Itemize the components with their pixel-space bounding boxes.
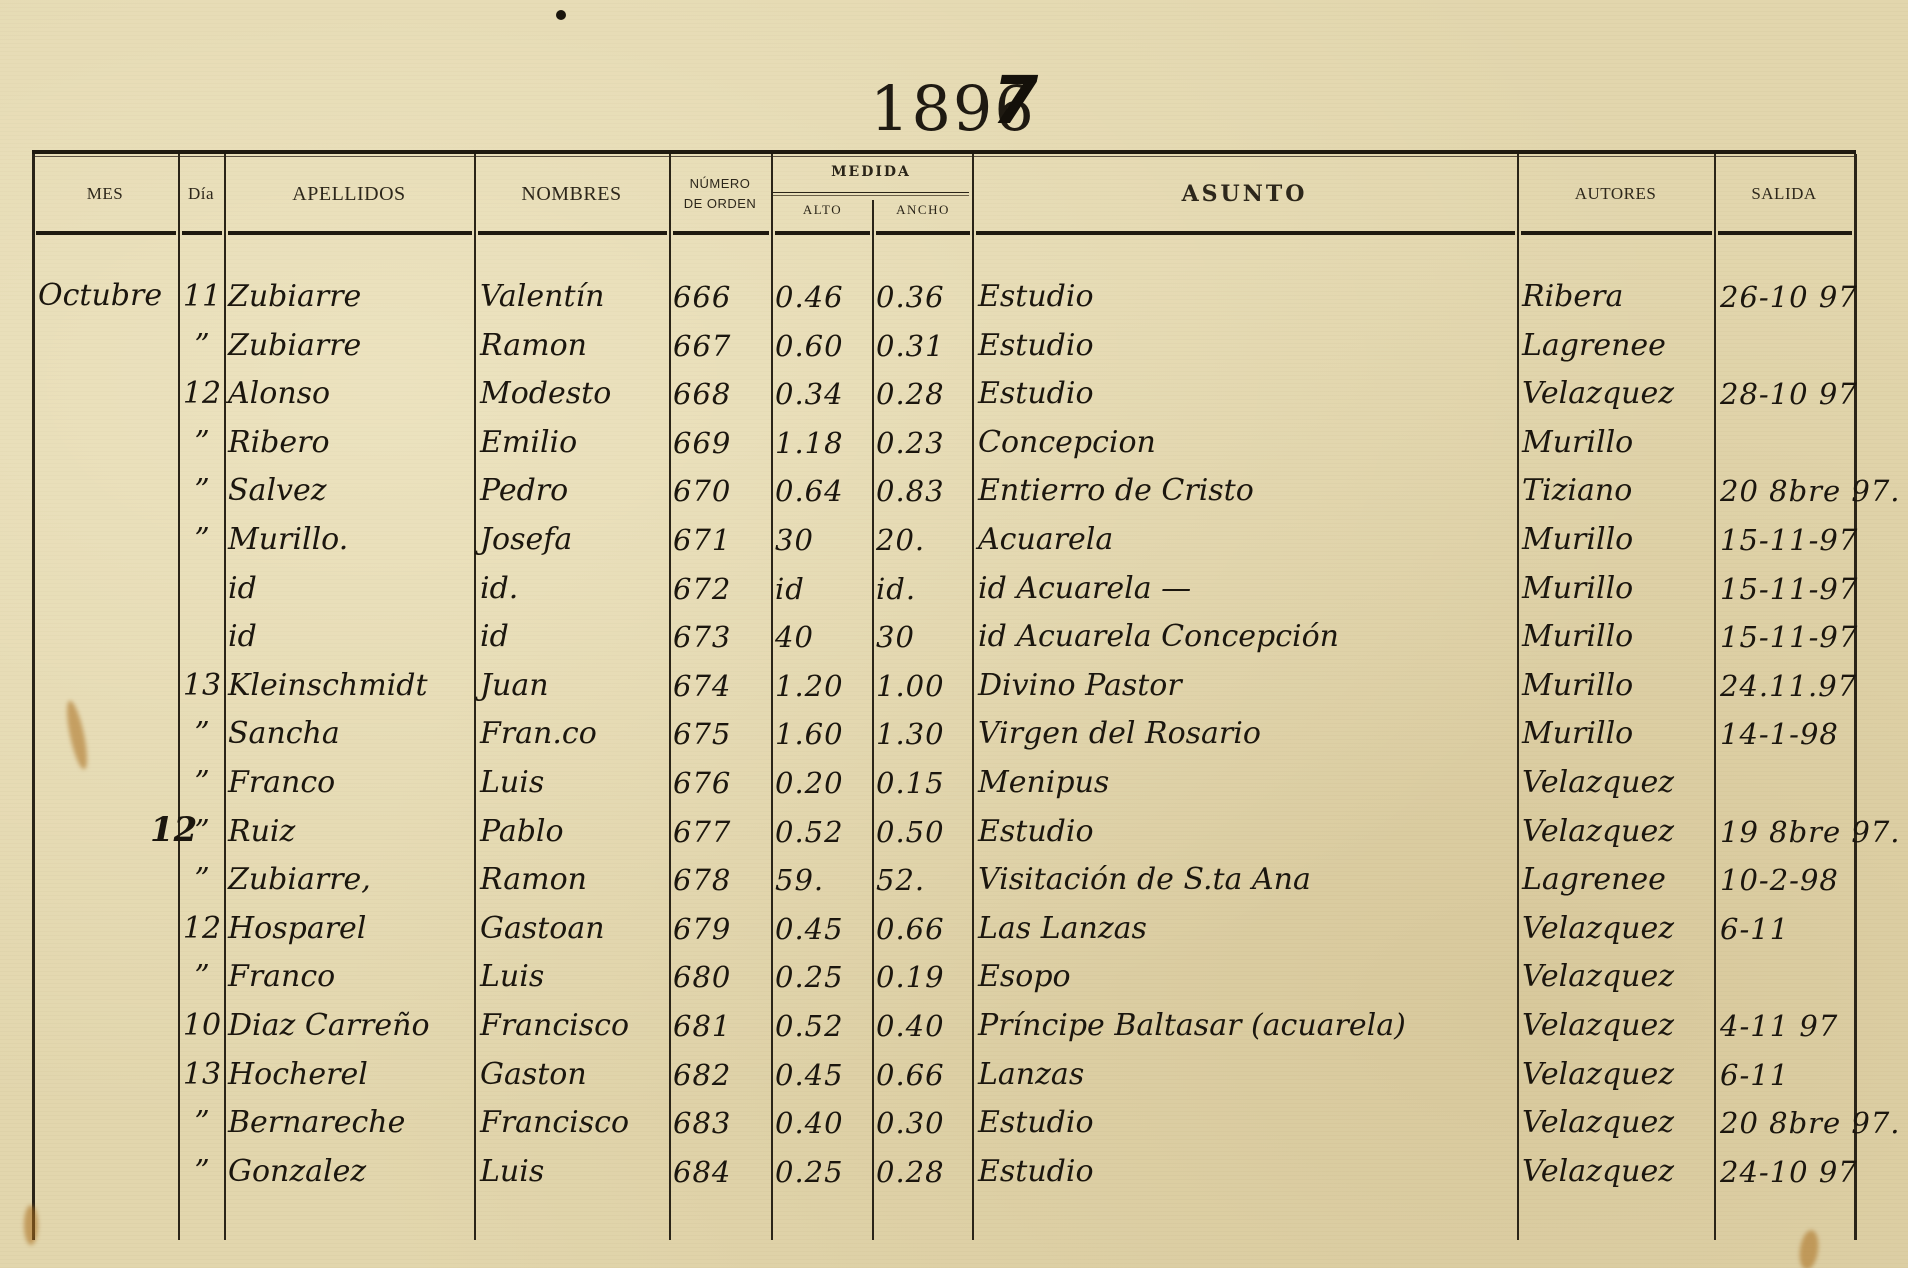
year-correction-overwrite: 7 — [992, 62, 1040, 139]
cell-autores: Velazquez — [1522, 950, 1714, 998]
cell-nombres: Josefa — [480, 513, 669, 561]
cell-autores: Murillo — [1522, 416, 1714, 464]
cell-ancho: 20. — [876, 513, 972, 561]
cell-ancho: 0.40 — [876, 999, 972, 1047]
header-underline-autores — [1521, 231, 1712, 235]
cell-alto: 1.60 — [775, 707, 872, 755]
cell-autores: Murillo — [1522, 659, 1714, 707]
top-rule — [32, 150, 1856, 154]
cell-apellidos: Kleinschmidt — [228, 659, 474, 707]
cell-nombres: Modesto — [480, 367, 669, 415]
cell-salida — [1720, 950, 1854, 998]
ink-stain — [24, 1205, 38, 1245]
cell-autores: Velazquez — [1522, 999, 1714, 1047]
cell-apellidos: Diaz Carreño — [228, 999, 474, 1047]
cell-ancho: 0.66 — [876, 1048, 972, 1096]
cell-autores: Velazquez — [1522, 756, 1714, 804]
cell-dia — [180, 610, 224, 658]
cell-nombres: Fran.co — [480, 707, 669, 755]
cell-alto: 0.25 — [775, 1145, 872, 1193]
cell-apellidos: Ribero — [228, 416, 474, 464]
ledger-table: MES Día APELLIDOS NOMBRES NÚMERO DE ORDE… — [32, 150, 1856, 1240]
cell-alto: 0.20 — [775, 756, 872, 804]
cell-numero: 674 — [673, 659, 771, 707]
cell-salida: 14-1-98 — [1720, 707, 1854, 755]
header-underline-ancho — [876, 231, 970, 235]
table-row: ”SanchaFran.co6751.601.30Virgen del Rosa… — [32, 707, 1856, 755]
header-salida: SALIDA — [1714, 158, 1854, 230]
cell-autores: Velazquez — [1522, 1145, 1714, 1193]
cell-asunto: Virgen del Rosario — [978, 707, 1517, 755]
cell-salida: 4-11 97 — [1720, 999, 1854, 1047]
cell-salida: 15-11-97 — [1720, 562, 1854, 610]
cell-dia: 12 — [180, 367, 224, 415]
cell-apellidos: Alonso — [228, 367, 474, 415]
table-row: ”SalvezPedro6700.640.83Entierro de Crist… — [32, 464, 1856, 512]
year-corrected-digit: 67 — [994, 72, 1035, 145]
cell-numero: 667 — [673, 319, 771, 367]
cell-dia: ” — [180, 1096, 224, 1144]
cell-apellidos: Bernareche — [228, 1096, 474, 1144]
cell-numero: 680 — [673, 950, 771, 998]
cell-ancho: 1.00 — [876, 659, 972, 707]
header-numero-line1: NÚMERO — [690, 174, 751, 194]
cell-apellidos: Zubiarre — [228, 270, 474, 318]
cell-alto: 1.20 — [775, 659, 872, 707]
cell-numero: 670 — [673, 464, 771, 512]
cell-dia: 11 — [180, 270, 224, 318]
cell-salida: 20 8bre 97. — [1720, 464, 1854, 512]
cell-autores: Velazquez — [1522, 902, 1714, 950]
cell-asunto: Divino Pastor — [978, 659, 1517, 707]
cell-autores: Murillo — [1522, 562, 1714, 610]
cell-nombres: Pedro — [480, 464, 669, 512]
cell-alto: 0.60 — [775, 319, 872, 367]
page-year: 18967 — [870, 72, 1036, 145]
cell-alto: 0.45 — [775, 1048, 872, 1096]
cell-dia: 10 — [180, 999, 224, 1047]
table-row: ”ZubiarreRamon6670.600.31EstudioLagrenee — [32, 319, 1856, 367]
cell-salida: 10-2-98 — [1720, 853, 1854, 901]
cell-ancho: 0.23 — [876, 416, 972, 464]
cell-apellidos: Hocherel — [228, 1048, 474, 1096]
ink-dot — [556, 10, 566, 20]
cell-ancho: 0.30 — [876, 1096, 972, 1144]
cell-salida: 24-10 97 — [1720, 1145, 1854, 1193]
cell-nombres: Pablo — [480, 805, 669, 853]
cell-apellidos: Hosparel — [228, 902, 474, 950]
cell-asunto: Visitación de S.ta Ana — [978, 853, 1517, 901]
header-underline-apellidos — [228, 231, 472, 235]
cell-apellidos: Salvez — [228, 464, 474, 512]
cell-apellidos: Franco — [228, 756, 474, 804]
cell-dia: 13 — [180, 659, 224, 707]
cell-alto: id — [775, 562, 872, 610]
cell-nombres: id — [480, 610, 669, 658]
header-mes: MES — [32, 158, 178, 230]
cell-dia: ” — [180, 319, 224, 367]
header-numero-line2: DE ORDEN — [684, 194, 757, 214]
cell-numero: 682 — [673, 1048, 771, 1096]
cell-asunto: Estudio — [978, 1096, 1517, 1144]
cell-numero: 683 — [673, 1096, 771, 1144]
header-numero-de-orden: NÚMERO DE ORDEN — [669, 158, 771, 230]
table-row: idid.672idid.id Acuarela —Murillo15-11-9… — [32, 562, 1856, 610]
cell-asunto: Las Lanzas — [978, 902, 1517, 950]
cell-autores: Lagrenee — [1522, 319, 1714, 367]
cell-alto: 0.52 — [775, 999, 872, 1047]
table-row: 11ZubiarreValentín6660.460.36EstudioRibe… — [32, 270, 1856, 318]
header-medida: MEDIDA — [771, 164, 971, 180]
cell-alto: 40 — [775, 610, 872, 658]
cell-numero: 679 — [673, 902, 771, 950]
top-rule-thin — [32, 156, 1856, 157]
table-row: ”Murillo.Josefa6713020.AcuarelaMurillo15… — [32, 513, 1856, 561]
cell-salida — [1720, 416, 1854, 464]
cell-autores: Tiziano — [1522, 464, 1714, 512]
cell-dia: ” — [180, 853, 224, 901]
cell-dia: 13 — [180, 1048, 224, 1096]
cell-alto: 30 — [775, 513, 872, 561]
cell-asunto: id Acuarela — — [978, 562, 1517, 610]
cell-autores: Velazquez — [1522, 805, 1714, 853]
cell-numero: 675 — [673, 707, 771, 755]
cell-autores: Ribera — [1522, 270, 1714, 318]
cell-autores: Velazquez — [1522, 1096, 1714, 1144]
cell-apellidos: Ruiz — [228, 805, 474, 853]
cell-autores: Murillo — [1522, 513, 1714, 561]
cell-apellidos: id — [228, 562, 474, 610]
cell-nombres: Valentín — [480, 270, 669, 318]
table-row: 13KleinschmidtJuan6741.201.00Divino Past… — [32, 659, 1856, 707]
cell-dia: ” — [180, 707, 224, 755]
header-nombres: NOMBRES — [474, 158, 669, 230]
cell-ancho: id. — [876, 562, 972, 610]
cell-ancho: 0.31 — [876, 319, 972, 367]
cell-salida: 6-11 — [1720, 1048, 1854, 1096]
cell-asunto: Menipus — [978, 756, 1517, 804]
cell-alto: 0.25 — [775, 950, 872, 998]
table-row: 13HocherelGaston6820.450.66LanzasVelazqu… — [32, 1048, 1856, 1096]
cell-autores: Velazquez — [1522, 367, 1714, 415]
table-row: idid6734030id Acuarela ConcepciónMurillo… — [32, 610, 1856, 658]
cell-asunto: Estudio — [978, 367, 1517, 415]
cell-ancho: 30 — [876, 610, 972, 658]
cell-apellidos: Zubiarre, — [228, 853, 474, 901]
cell-salida: 20 8bre 97. — [1720, 1096, 1854, 1144]
cell-asunto: Lanzas — [978, 1048, 1517, 1096]
header-alto: ALTO — [773, 202, 872, 224]
cell-ancho: 1.30 — [876, 707, 972, 755]
header-underline-dia — [182, 231, 222, 235]
cell-numero: 669 — [673, 416, 771, 464]
cell-salida — [1720, 319, 1854, 367]
header-underline-mes — [36, 231, 176, 235]
table-row: 12AlonsoModesto6680.340.28EstudioVelazqu… — [32, 367, 1856, 415]
cell-asunto: Concepcion — [978, 416, 1517, 464]
cell-dia: ” — [180, 950, 224, 998]
cell-nombres: Luis — [480, 950, 669, 998]
cell-alto: 0.64 — [775, 464, 872, 512]
cell-nombres: Emilio — [480, 416, 669, 464]
table-row: ”RiberoEmilio6691.180.23ConcepcionMurill… — [32, 416, 1856, 464]
header-apellidos: APELLIDOS — [224, 158, 474, 230]
header-underline-numero — [673, 231, 769, 235]
year-printed-prefix: 189 — [870, 72, 994, 145]
cell-asunto: Príncipe Baltasar (acuarela) — [978, 999, 1517, 1047]
cell-apellidos: Gonzalez — [228, 1145, 474, 1193]
cell-autores: Lagrenee — [1522, 853, 1714, 901]
medida-divider — [773, 192, 969, 193]
cell-asunto: Acuarela — [978, 513, 1517, 561]
cell-ancho: 0.19 — [876, 950, 972, 998]
table-row: ”BernarecheFrancisco6830.400.30EstudioVe… — [32, 1096, 1856, 1144]
cell-alto: 1.18 — [775, 416, 872, 464]
cell-numero: 681 — [673, 999, 771, 1047]
cell-numero: 684 — [673, 1145, 771, 1193]
header-underline-salida — [1718, 231, 1852, 235]
table-row: ”FrancoLuis6800.250.19EsopoVelazquez — [32, 950, 1856, 998]
cell-salida: 28-10 97 — [1720, 367, 1854, 415]
cell-alto: 0.46 — [775, 270, 872, 318]
cell-dia: ” — [180, 756, 224, 804]
cell-nombres: Luis — [480, 1145, 669, 1193]
cell-numero: 678 — [673, 853, 771, 901]
cell-numero: 673 — [673, 610, 771, 658]
table-row: ”GonzalezLuis6840.250.28EstudioVelazquez… — [32, 1145, 1856, 1193]
cell-salida: 6-11 — [1720, 902, 1854, 950]
cell-nombres: Ramon — [480, 319, 669, 367]
cell-apellidos: Franco — [228, 950, 474, 998]
header-underline-asunto — [976, 231, 1515, 235]
header-autores: AUTORES — [1517, 158, 1714, 230]
cell-nombres: Luis — [480, 756, 669, 804]
cell-nombres: Juan — [480, 659, 669, 707]
cell-numero: 671 — [673, 513, 771, 561]
cell-apellidos: Sancha — [228, 707, 474, 755]
cell-numero: 666 — [673, 270, 771, 318]
table-row: 12HosparelGastoan6790.450.66Las LanzasVe… — [32, 902, 1856, 950]
cell-ancho: 0.83 — [876, 464, 972, 512]
cell-nombres: Gaston — [480, 1048, 669, 1096]
cell-numero: 668 — [673, 367, 771, 415]
cell-nombres: Francisco — [480, 999, 669, 1047]
cell-ancho: 0.36 — [876, 270, 972, 318]
header-dia: Día — [178, 158, 224, 230]
cell-salida: 15-11-97 — [1720, 610, 1854, 658]
cell-alto: 0.52 — [775, 805, 872, 853]
cell-nombres: Francisco — [480, 1096, 669, 1144]
cell-autores: Velazquez — [1522, 1048, 1714, 1096]
table-row: 10Diaz CarreñoFrancisco6810.520.40Prínci… — [32, 999, 1856, 1047]
cell-asunto: Entierro de Cristo — [978, 464, 1517, 512]
cell-dia: 12 — [180, 902, 224, 950]
table-row: ”Zubiarre,Ramon67859.52.Visitación de S.… — [32, 853, 1856, 901]
cell-asunto: Estudio — [978, 805, 1517, 853]
cell-salida — [1720, 756, 1854, 804]
cell-numero: 672 — [673, 562, 771, 610]
header-ancho: ANCHO — [874, 202, 972, 224]
cell-asunto: Estudio — [978, 270, 1517, 318]
cell-ancho: 0.15 — [876, 756, 972, 804]
cell-dia: ” — [180, 513, 224, 561]
cell-nombres: Gastoan — [480, 902, 669, 950]
cell-ancho: 0.28 — [876, 367, 972, 415]
cell-dia: ” — [180, 1145, 224, 1193]
cell-asunto: Estudio — [978, 1145, 1517, 1193]
header-asunto: ASUNTO — [972, 158, 1517, 230]
cell-alto: 59. — [775, 853, 872, 901]
table-row: ”FrancoLuis6760.200.15MenipusVelazquez — [32, 756, 1856, 804]
cell-dia: ” — [180, 464, 224, 512]
cell-salida: 26-10 97 — [1720, 270, 1854, 318]
cell-alto: 0.34 — [775, 367, 872, 415]
cell-ancho: 0.28 — [876, 1145, 972, 1193]
cell-asunto: Estudio — [978, 319, 1517, 367]
cell-alto: 0.45 — [775, 902, 872, 950]
cell-apellidos: Murillo. — [228, 513, 474, 561]
medida-divider-thin — [773, 195, 969, 196]
cell-numero: 677 — [673, 805, 771, 853]
header-underline-nombres — [478, 231, 667, 235]
cell-nombres: Ramon — [480, 853, 669, 901]
margin-note: 12 — [150, 810, 197, 850]
cell-salida: 15-11-97 — [1720, 513, 1854, 561]
header-underline-alto — [775, 231, 870, 235]
table-row: ”RuizPablo6770.520.50EstudioVelazquez19 … — [32, 805, 1856, 853]
cell-autores: Murillo — [1522, 707, 1714, 755]
cell-salida: 24.11.97 — [1720, 659, 1854, 707]
cell-dia: ” — [180, 416, 224, 464]
cell-apellidos: Zubiarre — [228, 319, 474, 367]
cell-asunto: Esopo — [978, 950, 1517, 998]
cell-apellidos: id — [228, 610, 474, 658]
cell-ancho: 0.50 — [876, 805, 972, 853]
cell-alto: 0.40 — [775, 1096, 872, 1144]
cell-ancho: 0.66 — [876, 902, 972, 950]
cell-asunto: id Acuarela Concepción — [978, 610, 1517, 658]
cell-nombres: id. — [480, 562, 669, 610]
cell-ancho: 52. — [876, 853, 972, 901]
cell-numero: 676 — [673, 756, 771, 804]
cell-autores: Murillo — [1522, 610, 1714, 658]
cell-dia — [180, 562, 224, 610]
cell-salida: 19 8bre 97. — [1720, 805, 1854, 853]
